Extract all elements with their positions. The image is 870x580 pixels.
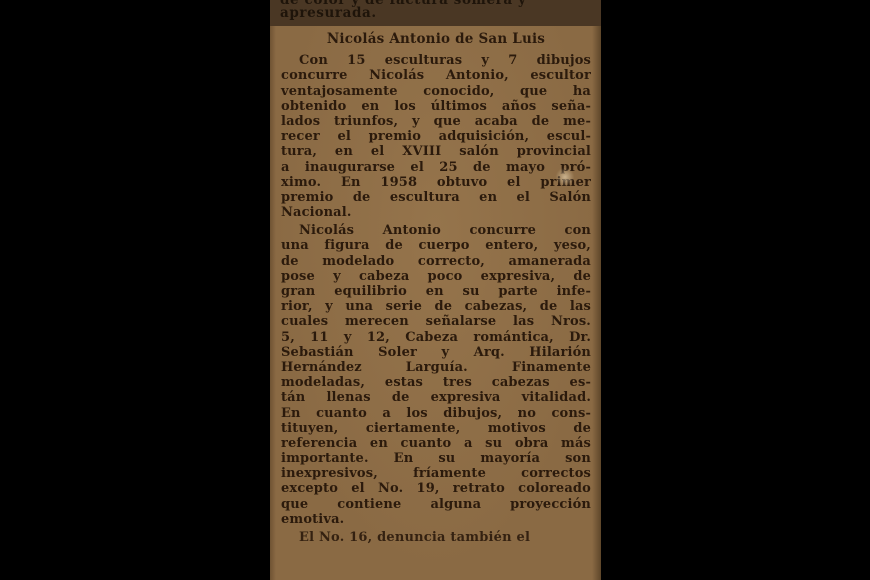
text-line: cuales merecen señalarse las Nros. [281,314,591,329]
text-line: importante. En su mayoría son [281,451,591,466]
text-line: pose y cabeza poco expresiva, de [281,269,591,284]
paper-stain [555,168,575,186]
text-line: referencia en cuanto a su obra más [281,436,591,451]
previous-text-line: apresurada. [280,7,591,20]
article: Nicolás Antonio de San Luis Con 15 escul… [270,26,601,545]
text-line: modeladas, estas tres cabezas es- [281,375,591,390]
text-line: de modelado correcto, amanerada [281,254,591,269]
text-line: tán llenas de expresiva vitalidad. [281,390,591,405]
text-line: Con 15 esculturas y 7 dibujos [281,53,591,68]
viewer-stage: de color y de factura somera y apresurad… [0,0,870,580]
text-line: tituyen, ciertamente, motivos de [281,421,591,436]
text-line: excepto el No. 19, retrato coloreado [281,481,591,496]
text-line: concurre Nicolás Antonio, escultor [281,68,591,83]
text-line: que contiene alguna proyección [281,497,591,512]
text-line: ventajosamente conocido, que ha [281,84,591,99]
text-line: a inaugurarse el 25 de mayo pró- [281,160,591,175]
next-paragraph-partial: El No. 16, denuncia también el [281,530,591,545]
article-headline: Nicolás Antonio de San Luis [281,32,591,47]
text-line: lados triunfos, y que acaba de me- [281,114,591,129]
text-line: tura, en el XVIII salón provincial [281,144,591,159]
paragraph-2: Nicolás Antonio concurre con una figura … [281,223,591,527]
text-line: inexpresivos, fríamente correctos [281,466,591,481]
previous-article-strip: de color y de factura somera y apresurad… [270,0,601,26]
text-line: ximo. En 1958 obtuvo el primer [281,175,591,190]
text-line: premio de escultura en el Salón [281,190,591,205]
text-line: Nicolás Antonio concurre con [281,223,591,238]
paragraph-1: Con 15 esculturas y 7 dibujos concurre N… [281,53,591,220]
newspaper-clipping: de color y de factura somera y apresurad… [270,0,601,580]
text-line: obtenido en los últimos años seña- [281,99,591,114]
text-line: Sebastián Soler y Arq. Hilarión [281,345,591,360]
text-line: rior, y una serie de cabezas, de las [281,299,591,314]
text-line: recer el premio adquisición, escul- [281,129,591,144]
text-line: una figura de cuerpo entero, yeso, [281,238,591,253]
text-line: 5, 11 y 12, Cabeza romántica, Dr. [281,330,591,345]
text-line: Hernández Larguía. Finamente [281,360,591,375]
text-line: Nacional. [281,205,591,220]
text-line: emotiva. [281,512,591,527]
text-line: gran equilibrio en su parte infe- [281,284,591,299]
text-line: En cuanto a los dibujos, no cons- [281,406,591,421]
